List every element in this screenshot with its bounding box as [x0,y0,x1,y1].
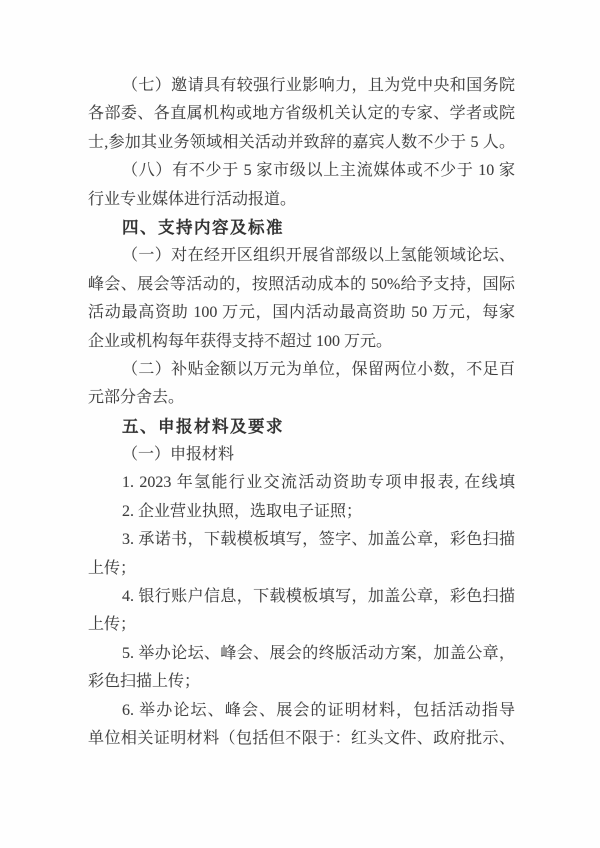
doc-line: 4. 银行账户信息，下载模板填写，加盖公章，彩色扫描 [88,583,515,611]
document-text-block: （七）邀请具有较强行业影响力，且为党中央和国务院各部委、各直属机构或地方省级机关… [88,72,515,753]
doc-line: （八）有不少于 5 家市级以上主流媒体或不少于 10 家 [88,157,515,185]
doc-line: 3. 承诺书，下载模板填写，签字、加盖公章，彩色扫描 [88,526,515,554]
doc-line: 峰会、展会等活动的，按照活动成本的 50%给予支持，国际 [88,271,515,299]
doc-line: （一）对在经开区组织开展省部级以上氢能领域论坛、 [88,242,515,270]
doc-line: 上传； [88,611,515,639]
doc-line: 活动最高资助 100 万元，国内活动最高资助 50 万元，每家 [88,299,515,327]
doc-line: 各部委、各直属机构或地方省级机关认定的专家、学者或院 [88,100,515,128]
doc-line: 彩色扫描上传； [88,668,515,696]
doc-line: （二）补贴金额以万元为单位，保留两位小数，不足百 [88,356,515,384]
doc-line: 上传； [88,555,515,583]
doc-line: （七）邀请具有较强行业影响力，且为党中央和国务院 [88,72,515,100]
doc-line: 6. 举办论坛、峰会、展会的证明材料，包括活动指导 [88,697,515,725]
doc-line: 5. 举办论坛、峰会、展会的终版活动方案，加盖公章， [88,640,515,668]
doc-line: 元部分舍去。 [88,384,515,412]
doc-heading-line: 四、支持内容及标准 [88,214,515,242]
doc-line: 1. 2023 年氢能行业交流活动资助专项申报表, 在线填写； [88,469,515,497]
document-page: （七）邀请具有较强行业影响力，且为党中央和国务院各部委、各直属机构或地方省级机关… [0,0,600,848]
doc-line: 企业或机构每年获得支持不超过 100 万元。 [88,328,515,356]
doc-line: 单位相关证明材料（包括但不限于：红头文件、政府批示、 [88,725,515,753]
doc-line: 行业专业媒体进行活动报道。 [88,186,515,214]
doc-line: （一）申报材料 [88,441,515,469]
doc-line: 士,参加其业务领域相关活动并致辞的嘉宾人数不少于 5 人。 [88,129,515,157]
doc-heading-line: 五、申报材料及要求 [88,413,515,441]
doc-line: 2. 企业营业执照，选取电子证照； [88,498,515,526]
